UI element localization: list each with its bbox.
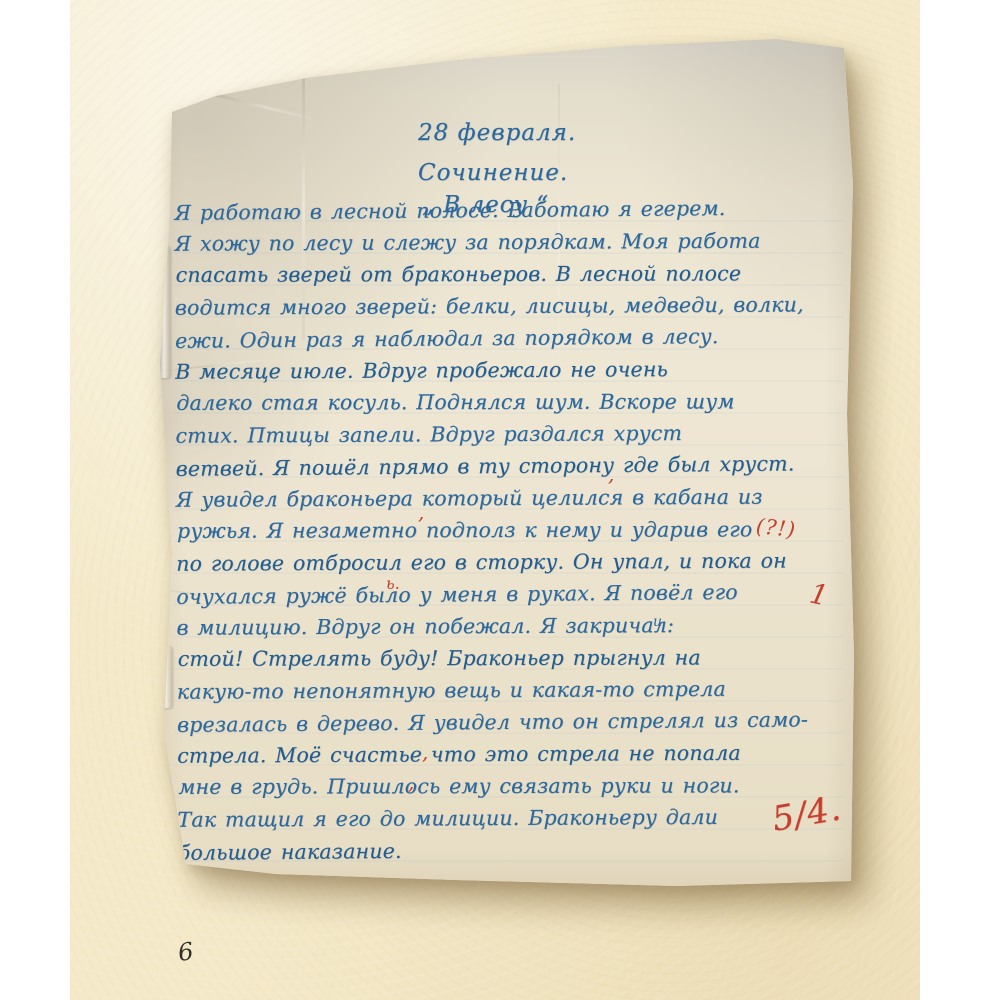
- essay-line: спасать зверей от браконьеров. В лесной …: [176, 257, 836, 291]
- essay-line: Так тащил я его до милиции. Браконьеру д…: [177, 800, 837, 835]
- teacher-comma: ,: [422, 740, 428, 764]
- teacher-margin-exclaim: (?!): [755, 514, 797, 542]
- teacher-comma: ,: [418, 500, 424, 524]
- essay-line: ружья. Я незаметно подполз к нему и удар…: [177, 513, 837, 547]
- essay-line: какую-то непонятную вещь и какая-то стре…: [177, 672, 837, 707]
- teacher-underline-word: [156, 36, 182, 38]
- essay-line: в милицию. Вдруг он побежал. Я закричал:: [176, 608, 836, 643]
- essay-line: стой! Стрелять буду! Браконьер прыгнул н…: [178, 641, 838, 675]
- teacher-tick-mark: [155, 40, 160, 50]
- essay-line: очухался ружё было у меня в руках. Я пов…: [176, 575, 836, 613]
- essay-date: 28 февраля.: [418, 120, 576, 146]
- notebook-page-paper: 28 февраля. Сочинение. „ В лесу “ Я рабо…: [156, 34, 860, 890]
- essay-line: ветвей. Я пошёл прямо в ту сторону где б…: [176, 447, 836, 485]
- essay-line: стих. Птицы запели. Вдруг раздался хруст: [175, 416, 835, 451]
- teacher-comma: ,: [408, 770, 414, 794]
- essay-line: далеко стая косуль. Поднялся шум. Вскоре…: [176, 385, 836, 419]
- teacher-softsign-correction: ь.: [386, 574, 400, 593]
- scanned-photo: 28 февраля. Сочинение. „ В лесу “ Я рабо…: [0, 0, 1000, 1000]
- essay-line: по голове отбросил его в сторку. Он упал…: [176, 544, 836, 579]
- essay-line: В месяце июле. Вдруг пробежало не очень: [175, 352, 835, 387]
- essay-genre: Сочинение.: [418, 160, 568, 186]
- essay-line: водится много зверей: белки, лисицы, мед…: [175, 288, 835, 323]
- student-inserted-letter: и: [653, 614, 662, 630]
- essay-line: стрела. Моё счастье что это стрела не по…: [177, 736, 837, 771]
- essay-line: Я хожу по лесу и слежу за порядкам. Моя …: [174, 224, 834, 259]
- notebook-page: 28 февраля. Сочинение. „ В лесу “ Я рабо…: [156, 34, 860, 890]
- teacher-comma: ,: [608, 462, 614, 486]
- essay-line: мне в грудь. Пришлось ему связать руки и…: [178, 769, 838, 803]
- staple-tear-mark: [160, 646, 172, 708]
- essay-body: Я работаю в лесной полосе. Работаю я еге…: [174, 192, 838, 867]
- essay-line: врезалась в дерево. Я увидел что он стре…: [177, 703, 837, 741]
- essay-line: Я увидел браконьера который целился в ка…: [176, 480, 836, 515]
- teacher-hyphen-correction: [156, 38, 168, 40]
- essay-line: Я работаю в лесной полосе. Работаю я еге…: [174, 191, 834, 229]
- staple-tear-mark: [158, 246, 170, 378]
- essay-line: ежи. Один раз я наблюдал за порядком в л…: [175, 319, 835, 357]
- essay-line: большое наказание.: [178, 831, 838, 869]
